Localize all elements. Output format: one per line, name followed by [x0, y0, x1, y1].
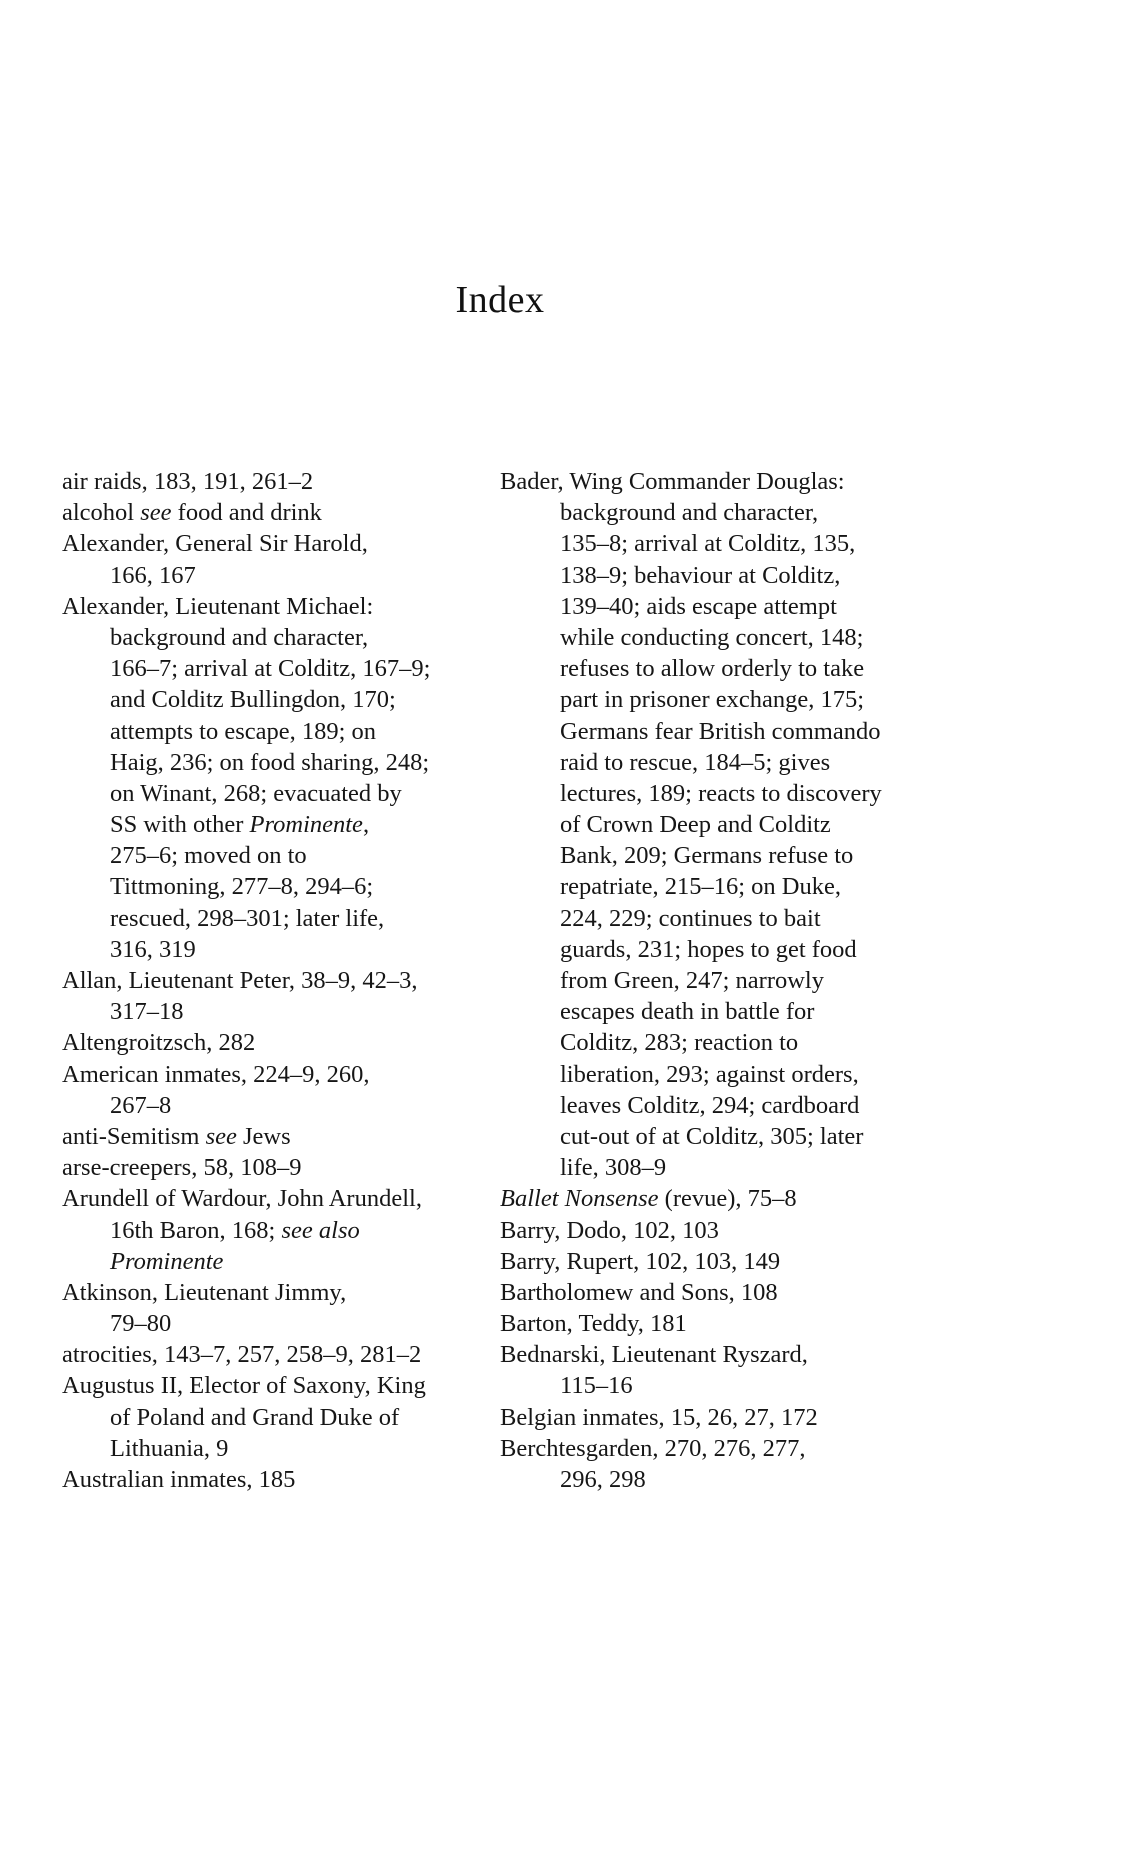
index-entry-continuation: Haig, 236; on food sharing, 248; — [62, 747, 482, 778]
index-entry-heading: alcohol see food and drink — [62, 497, 482, 528]
index-entry-continuation: Bank, 209; Germans refuse to — [500, 840, 960, 871]
index-entry: arse-creepers, 58, 108–9 — [62, 1152, 482, 1183]
index-entry-continuation: leaves Colditz, 294; cardboard — [500, 1090, 960, 1121]
index-column-left: air raids, 183, 191, 261–2alcohol see fo… — [62, 466, 482, 1495]
index-entry-continuation: and Colditz Bullingdon, 170; — [62, 684, 482, 715]
index-entry-continuation: on Winant, 268; evacuated by — [62, 778, 482, 809]
index-entry-continuation: 296, 298 — [500, 1464, 960, 1495]
index-entry-continuation: life, 308–9 — [500, 1152, 960, 1183]
index-entry: anti-Semitism see Jews — [62, 1121, 482, 1152]
index-entry-heading: Barry, Rupert, 102, 103, 149 — [500, 1246, 960, 1277]
index-entry-continuation: attempts to escape, 189; on — [62, 716, 482, 747]
index-entry-continuation: cut-out of at Colditz, 305; later — [500, 1121, 960, 1152]
index-entry-continuation: rescued, 298–301; later life, — [62, 903, 482, 934]
index-entry-heading: Alexander, General Sir Harold, — [62, 528, 482, 559]
index-entry-continuation: 115–16 — [500, 1370, 960, 1401]
index-entry-continuation: while conducting concert, 148; — [500, 622, 960, 653]
index-entry: Berchtesgarden, 270, 276, 277,296, 298 — [500, 1433, 960, 1495]
index-entry-heading: Belgian inmates, 15, 26, 27, 172 — [500, 1402, 960, 1433]
index-entry-continuation: repatriate, 215–16; on Duke, — [500, 871, 960, 902]
index-entry-continuation: of Crown Deep and Colditz — [500, 809, 960, 840]
page-title: Index — [0, 278, 1000, 322]
index-entry-continuation: escapes death in battle for — [500, 996, 960, 1027]
index-entry-heading: Arundell of Wardour, John Arundell, — [62, 1183, 482, 1214]
index-entry-heading: Bartholomew and Sons, 108 — [500, 1277, 960, 1308]
index-entry-continuation: 79–80 — [62, 1308, 482, 1339]
index-entry-continuation: 139–40; aids escape attempt — [500, 591, 960, 622]
index-entry-heading: American inmates, 224–9, 260, — [62, 1059, 482, 1090]
index-entry: Barry, Dodo, 102, 103 — [500, 1215, 960, 1246]
index-entry-continuation: raid to rescue, 184–5; gives — [500, 747, 960, 778]
index-entry-heading: Alexander, Lieutenant Michael: — [62, 591, 482, 622]
index-entry-continuation: 135–8; arrival at Colditz, 135, — [500, 528, 960, 559]
index-entry-continuation: Prominente — [62, 1246, 482, 1277]
index-entry-continuation: 317–18 — [62, 996, 482, 1027]
index-entry-heading: Allan, Lieutenant Peter, 38–9, 42–3, — [62, 965, 482, 996]
index-entry-continuation: Colditz, 283; reaction to — [500, 1027, 960, 1058]
index-entry-heading: Berchtesgarden, 270, 276, 277, — [500, 1433, 960, 1464]
index-entry-heading: Altengroitzsch, 282 — [62, 1027, 482, 1058]
index-entry-continuation: background and character, — [500, 497, 960, 528]
index-entry-continuation: SS with other Prominente, — [62, 809, 482, 840]
index-entry: Arundell of Wardour, John Arundell,16th … — [62, 1183, 482, 1277]
index-entry: Belgian inmates, 15, 26, 27, 172 — [500, 1402, 960, 1433]
index-entry-continuation: background and character, — [62, 622, 482, 653]
index-entry: atrocities, 143–7, 257, 258–9, 281–2 — [62, 1339, 482, 1370]
index-entry: Ballet Nonsense (revue), 75–8 — [500, 1183, 960, 1214]
index-entry: Allan, Lieutenant Peter, 38–9, 42–3,317–… — [62, 965, 482, 1027]
index-entry-continuation: 316, 319 — [62, 934, 482, 965]
index-entry-continuation: 16th Baron, 168; see also — [62, 1215, 482, 1246]
index-entry-heading: air raids, 183, 191, 261–2 — [62, 466, 482, 497]
index-entry-continuation: part in prisoner exchange, 175; — [500, 684, 960, 715]
index-entry: Alexander, General Sir Harold,166, 167 — [62, 528, 482, 590]
index-entry-continuation: Tittmoning, 277–8, 294–6; — [62, 871, 482, 902]
index-entry-continuation: 138–9; behaviour at Colditz, — [500, 560, 960, 591]
index-entry-continuation: guards, 231; hopes to get food — [500, 934, 960, 965]
index-entry: air raids, 183, 191, 261–2 — [62, 466, 482, 497]
index-entry: American inmates, 224–9, 260,267–8 — [62, 1059, 482, 1121]
index-entry: Barton, Teddy, 181 — [500, 1308, 960, 1339]
index-entry-continuation: 166, 167 — [62, 560, 482, 591]
index-entry-heading: Barton, Teddy, 181 — [500, 1308, 960, 1339]
index-entry: Bartholomew and Sons, 108 — [500, 1277, 960, 1308]
index-entry-continuation: lectures, 189; reacts to discovery — [500, 778, 960, 809]
index-entry-heading: Bader, Wing Commander Douglas: — [500, 466, 960, 497]
index-entry-continuation: Lithuania, 9 — [62, 1433, 482, 1464]
index-entry-continuation: from Green, 247; narrowly — [500, 965, 960, 996]
index-entry: Augustus II, Elector of Saxony, Kingof P… — [62, 1370, 482, 1464]
index-entry: Atkinson, Lieutenant Jimmy,79–80 — [62, 1277, 482, 1339]
index-entry-heading: Atkinson, Lieutenant Jimmy, — [62, 1277, 482, 1308]
index-entry: Australian inmates, 185 — [62, 1464, 482, 1495]
index-entry-heading: atrocities, 143–7, 257, 258–9, 281–2 — [62, 1339, 482, 1370]
index-entry: Bednarski, Lieutenant Ryszard,115–16 — [500, 1339, 960, 1401]
index-entry-continuation: liberation, 293; against orders, — [500, 1059, 960, 1090]
index-entry-heading: Australian inmates, 185 — [62, 1464, 482, 1495]
index-entry: alcohol see food and drink — [62, 497, 482, 528]
index-entry: Barry, Rupert, 102, 103, 149 — [500, 1246, 960, 1277]
index-column-right: Bader, Wing Commander Douglas:background… — [500, 466, 960, 1495]
index-entry-continuation: 224, 229; continues to bait — [500, 903, 960, 934]
index-entry-continuation: of Poland and Grand Duke of — [62, 1402, 482, 1433]
index-entry-heading: Augustus II, Elector of Saxony, King — [62, 1370, 482, 1401]
index-entry-continuation: 267–8 — [62, 1090, 482, 1121]
index-entry-heading: arse-creepers, 58, 108–9 — [62, 1152, 482, 1183]
index-entry-continuation: 275–6; moved on to — [62, 840, 482, 871]
index-entry-heading: Barry, Dodo, 102, 103 — [500, 1215, 960, 1246]
index-entry: Bader, Wing Commander Douglas:background… — [500, 466, 960, 1183]
index-entry-continuation: refuses to allow orderly to take — [500, 653, 960, 684]
index-entry-continuation: 166–7; arrival at Colditz, 167–9; — [62, 653, 482, 684]
index-entry: Altengroitzsch, 282 — [62, 1027, 482, 1058]
index-entry-heading: Bednarski, Lieutenant Ryszard, — [500, 1339, 960, 1370]
index-entry: Alexander, Lieutenant Michael:background… — [62, 591, 482, 965]
index-entry-heading: anti-Semitism see Jews — [62, 1121, 482, 1152]
index-entry-heading: Ballet Nonsense (revue), 75–8 — [500, 1183, 960, 1214]
index-entry-continuation: Germans fear British commando — [500, 716, 960, 747]
